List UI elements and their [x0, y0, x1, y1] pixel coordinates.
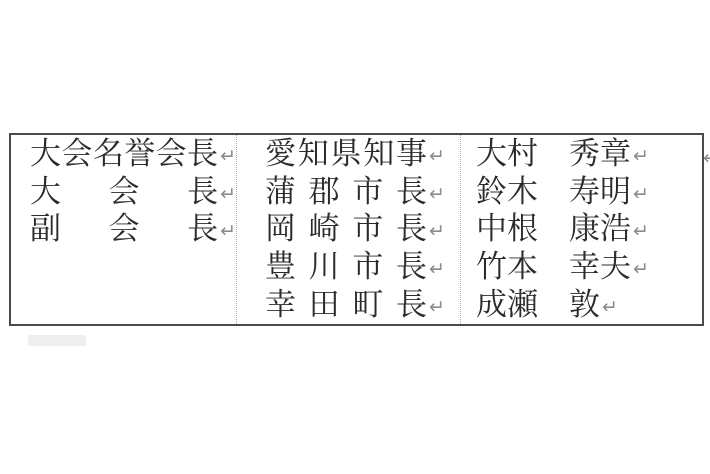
line-break-mark-icon: ↵	[429, 222, 445, 241]
line-break-mark-icon: ↵	[633, 147, 649, 166]
officials-table: 大会名誉会長 ↵ 大会長 ↵ 副会長 ↵ 愛知県知事 ↵ 蒲郡市長 ↵ 岡崎市	[9, 133, 704, 326]
role-cell: 副会長	[30, 214, 218, 245]
table-row: 鈴木 寿明 ↵	[476, 174, 702, 212]
name-cell: 鈴木 寿明	[476, 177, 631, 208]
name-cell: 中根 康浩	[476, 214, 631, 245]
line-break-mark-icon: ↵	[429, 185, 445, 204]
role-cell: 大会長	[30, 177, 218, 208]
table-row: 岡崎市長 ↵	[265, 211, 460, 249]
office-cell: 愛知県知事	[265, 139, 427, 170]
role-cell: 大会名誉会長	[30, 139, 218, 170]
document-page: 大会名誉会長 ↵ 大会長 ↵ 副会長 ↵ 愛知県知事 ↵ 蒲郡市長 ↵ 岡崎市	[0, 0, 710, 474]
column-offices: 愛知県知事 ↵ 蒲郡市長 ↵ 岡崎市長 ↵ 豊川市長 ↵ 幸田町長 ↵	[236, 135, 460, 324]
table-row: 副会長 ↵	[30, 211, 236, 249]
line-break-mark-icon: ↵	[220, 185, 236, 204]
line-break-mark-icon: ↵	[429, 147, 445, 166]
table-row: 蒲郡市長 ↵	[265, 174, 460, 212]
column-roles: 大会名誉会長 ↵ 大会長 ↵ 副会長 ↵	[11, 135, 236, 324]
name-cell: 竹本 幸夫	[476, 252, 631, 283]
table-row: 竹本 幸夫 ↵	[476, 249, 702, 287]
name-cell: 大村 秀章	[476, 139, 631, 170]
line-break-mark-icon: ↵	[429, 298, 445, 317]
office-cell: 蒲郡市長	[265, 177, 427, 208]
table-row: 幸田町長 ↵	[265, 286, 460, 324]
office-cell: 幸田町長	[265, 290, 427, 321]
table-row: 大会名誉会長 ↵	[30, 136, 236, 174]
table-row: 愛知県知事 ↵	[265, 136, 460, 174]
table-row: 成瀬 敦 ↵	[476, 286, 702, 324]
table-row: 大村 秀章 ↵	[476, 136, 702, 174]
line-break-mark-icon: ↵	[703, 147, 710, 169]
faint-artifact	[28, 335, 86, 346]
table-row: 大会長 ↵	[30, 174, 236, 212]
line-break-mark-icon: ↵	[220, 147, 236, 166]
table-row: 中根 康浩 ↵	[476, 211, 702, 249]
line-break-mark-icon: ↵	[633, 185, 649, 204]
line-break-mark-icon: ↵	[220, 222, 236, 241]
line-break-mark-icon: ↵	[429, 260, 445, 279]
column-divider	[236, 135, 237, 324]
column-names: 大村 秀章 ↵ 鈴木 寿明 ↵ 中根 康浩 ↵ 竹本 幸夫 ↵ 成瀬 敦 ↵	[460, 135, 702, 324]
office-cell: 岡崎市長	[265, 214, 427, 245]
name-cell: 成瀬 敦	[476, 290, 600, 321]
line-break-mark-icon: ↵	[633, 260, 649, 279]
column-divider	[460, 135, 461, 324]
line-break-mark-icon: ↵	[602, 298, 618, 317]
table-row: 豊川市長 ↵	[265, 249, 460, 287]
line-break-mark-icon: ↵	[633, 222, 649, 241]
office-cell: 豊川市長	[265, 252, 427, 283]
